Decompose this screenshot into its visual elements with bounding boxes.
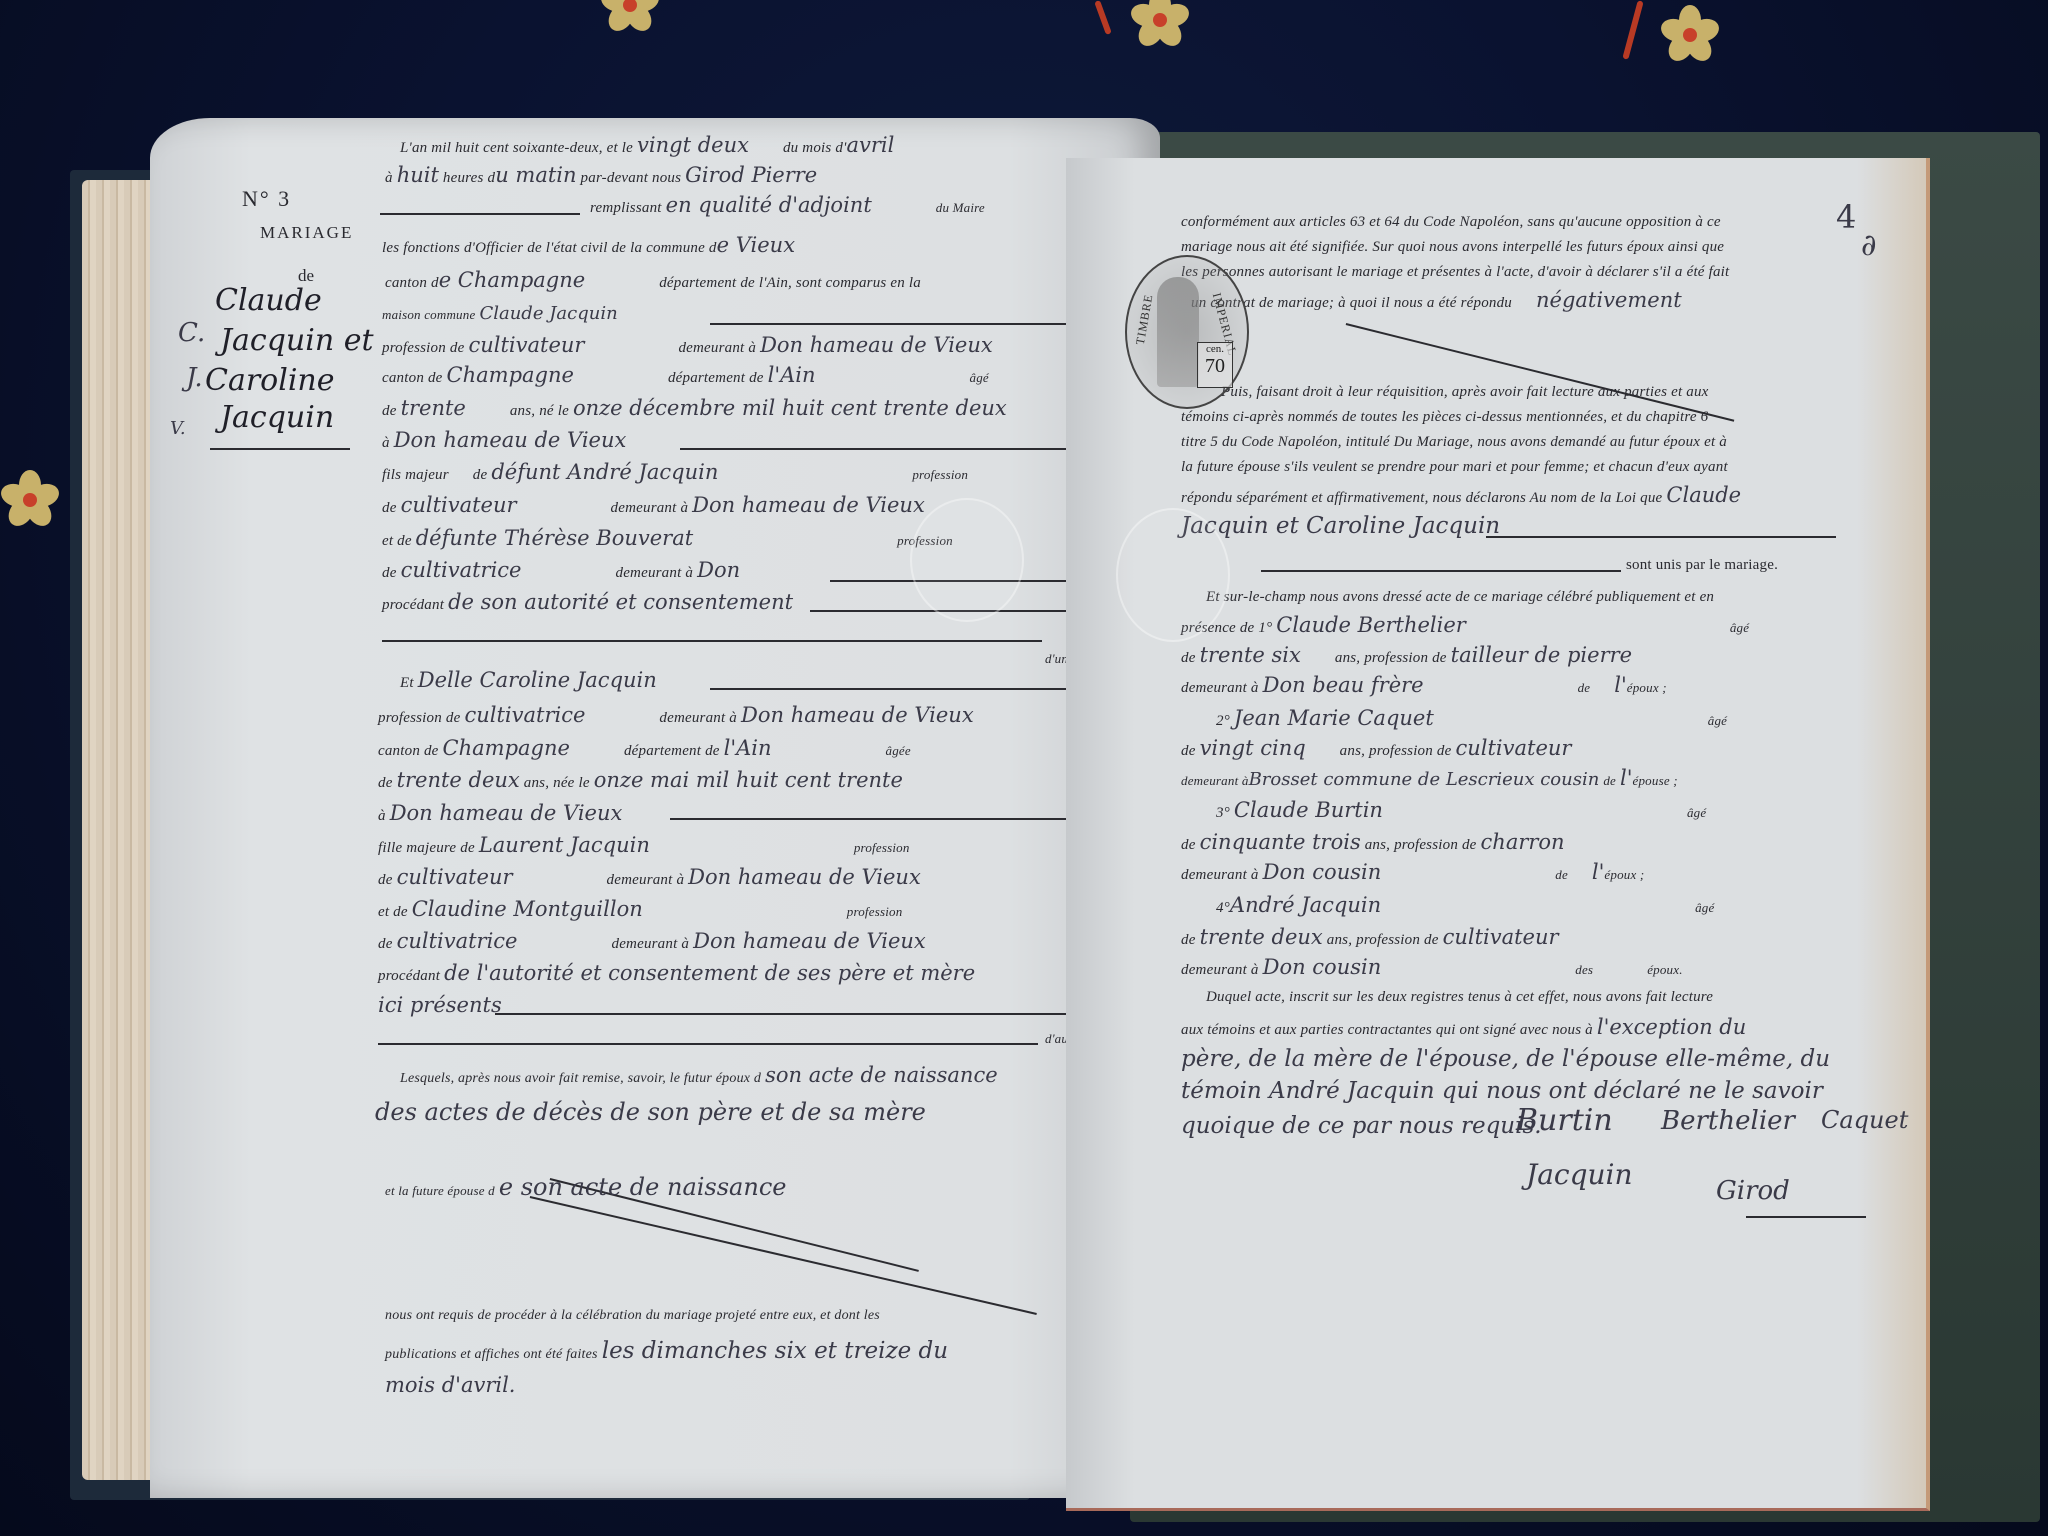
margin-name-2: Jacquin et xyxy=(220,323,374,358)
right-line-2: mariage nous ait été signifiée. Sur quoi… xyxy=(1181,238,1724,256)
record-line-27: ici présents xyxy=(378,993,502,1017)
right-line-3: les personnes autorisant le mariage et p… xyxy=(1181,263,1729,281)
record-line-13: et de défunte Thérèse Bouverat professio… xyxy=(382,526,953,550)
record-line-7: profession de cultivateur demeurant à Do… xyxy=(382,333,993,357)
record-line-29: Lesquels, après nous avoir fait remise, … xyxy=(400,1063,998,1087)
record-line-31: et la future épouse d e son acte de nais… xyxy=(385,1173,786,1201)
margin-name-1: Claude xyxy=(215,283,322,318)
entry-heading: MARIAGE xyxy=(260,223,353,243)
signature-berthelier: Berthelier xyxy=(1661,1106,1795,1136)
fill-rule xyxy=(1261,570,1621,572)
record-line-5: canton de Champagne département de l'Ain… xyxy=(385,268,921,292)
margin-name-4: Jacquin xyxy=(220,400,334,435)
fill-rule xyxy=(380,213,580,215)
record-line-18: profession de cultivatrice demeurant à D… xyxy=(378,703,974,727)
embroidered-flower xyxy=(0,470,60,530)
margin-mark: J. xyxy=(186,363,203,393)
justice-figure-icon xyxy=(1157,277,1199,387)
stamp-value: cen. 70 xyxy=(1197,342,1233,388)
right-line-17: de vingt cinq ans, profession de cultiva… xyxy=(1181,736,1571,760)
record-line-20: de trente deux ans, née le onze mai mil … xyxy=(378,768,903,792)
record-line-24: et de Claudine Montguillon profession xyxy=(378,897,902,921)
right-line-25: Duquel acte, inscrit sur les deux regist… xyxy=(1206,988,1713,1006)
embroidered-flower xyxy=(600,0,660,35)
strike-rule xyxy=(1346,323,1734,421)
embossed-seal xyxy=(1116,508,1230,642)
right-line-28: témoin André Jacquin qui nous ont déclar… xyxy=(1181,1078,1823,1104)
embroidered-stem xyxy=(1094,0,1112,35)
fill-rule xyxy=(382,640,1042,642)
right-line-7: titre 5 du Code Napoléon, intitulé Du Ma… xyxy=(1181,433,1727,451)
folio-mark: ∂ xyxy=(1861,228,1877,263)
right-line-20: de cinquante trois ans, profession de ch… xyxy=(1181,830,1565,854)
record-line-14: de cultivatrice demeurant à Don xyxy=(382,558,740,582)
stamp-text-left: TIMBRE xyxy=(1133,293,1157,346)
record-line-1: L'an mil huit cent soixante-deux, et le … xyxy=(400,133,894,157)
right-line-23: de trente deux ans, profession de cultiv… xyxy=(1181,925,1559,949)
signature-girod: Girod xyxy=(1716,1176,1790,1206)
fill-rule xyxy=(670,818,1130,820)
embossed-seal xyxy=(910,498,1024,622)
record-line-2: à huit heures du matin par-devant nous G… xyxy=(385,163,817,187)
right-line-14: de trente six ans, profession de tailleu… xyxy=(1181,643,1632,667)
right-line-12: Et sur-le-champ nous avons dressé acte d… xyxy=(1206,588,1714,606)
margin-rule xyxy=(210,448,350,450)
record-line-32: nous ont requis de procéder à la célébra… xyxy=(385,1306,880,1324)
fill-rule xyxy=(680,448,1130,450)
folio-number: 4 xyxy=(1836,198,1856,236)
record-line-15: procédant de son autorité et consentemen… xyxy=(382,590,793,614)
margin-mark: C. xyxy=(178,318,205,348)
signature-flourish xyxy=(1746,1216,1866,1218)
signature-caquet: Caquet xyxy=(1821,1106,1908,1134)
signature-burtin: Burtin xyxy=(1516,1103,1613,1138)
entry-number: N° 3 xyxy=(242,186,291,212)
record-line-25: de cultivatrice demeurant à Don hameau d… xyxy=(378,929,926,953)
right-line-21: demeurant à Don cousin de l'époux ; xyxy=(1181,860,1644,884)
imperial-tax-stamp: TIMBRE IMPERIAL cen. 70 xyxy=(1125,255,1249,409)
left-page: N° 3 MARIAGE de Claude Jacquin et Caroli… xyxy=(150,118,1160,1498)
record-line-12: de cultivateur demeurant à Don hameau de… xyxy=(382,493,925,517)
right-line-6: témoins ci-après nommés de toutes les pi… xyxy=(1181,408,1708,426)
record-line-6: maison commune Claude Jacquin xyxy=(382,303,618,324)
fill-rule xyxy=(378,1043,1038,1045)
right-line-24: demeurant à Don cousin des époux. xyxy=(1181,955,1683,979)
record-line-22: fille majeure de Laurent Jacquin profess… xyxy=(378,833,910,857)
right-line-16: 2° Jean Marie Caquet âgé xyxy=(1216,706,1727,730)
right-line-27: père, de la mère de l'épouse, de l'épous… xyxy=(1181,1046,1830,1072)
fill-rule xyxy=(495,1013,1125,1015)
right-line-15: demeurant à Don beau frère de l'époux ; xyxy=(1181,673,1667,697)
margin-name-3: Caroline xyxy=(205,363,335,398)
right-line-13: présence de 1° Claude Berthelier âgé xyxy=(1181,613,1749,637)
record-line-3: remplissant en qualité d'adjoint du Mair… xyxy=(590,193,985,217)
record-line-26: procédant de l'autorité et consentement … xyxy=(378,961,975,985)
margin-mark: V. xyxy=(170,418,186,439)
strike-rule xyxy=(530,1196,1037,1314)
record-line-4: les fonctions d'Officier de l'état civil… xyxy=(382,233,795,257)
record-line-33: publications et affiches ont été faites … xyxy=(385,1338,948,1364)
embroidered-stem xyxy=(1622,0,1643,60)
record-line-21: à Don hameau de Vieux xyxy=(378,801,622,825)
record-line-23: de cultivateur demeurant à Don hameau de… xyxy=(378,865,921,889)
right-line-19: 3° Claude Burtin âgé xyxy=(1216,798,1706,822)
record-line-30: des actes de décès de son père et de sa … xyxy=(375,1098,926,1126)
right-line-9: répondu séparément et affirmativement, n… xyxy=(1181,483,1741,507)
right-line-22: 4°André Jacquin âgé xyxy=(1216,893,1714,917)
right-line-10: Jacquin et Caroline Jacquin xyxy=(1181,513,1500,539)
record-line-19: canton de Champagne département de l'Ain… xyxy=(378,736,911,760)
right-line-11: sont unis par le mariage. xyxy=(1626,556,1778,574)
right-line-5: Puis, faisant droit à leur réquisition, … xyxy=(1221,383,1709,401)
right-line-26: aux témoins et aux parties contractantes… xyxy=(1181,1015,1746,1039)
embroidered-flower xyxy=(1660,5,1720,65)
record-line-8: canton de Champagne département de l'Ain… xyxy=(382,363,989,387)
right-line-8: la future épouse s'ils veulent se prendr… xyxy=(1181,458,1728,476)
right-line-29: quoique de ce par nous requis. xyxy=(1181,1113,1542,1139)
record-line-34: mois d'avril. xyxy=(385,1373,515,1397)
record-line-10: à Don hameau de Vieux xyxy=(382,428,626,452)
fill-rule xyxy=(1486,536,1836,538)
right-line-18: demeurant àBrosset commune de Lescrieux … xyxy=(1181,766,1678,790)
record-line-9: de trente ans, né le onze décembre mil h… xyxy=(382,396,1007,420)
signature-jacquin: Jacquin xyxy=(1526,1158,1633,1191)
right-line-4: un contrat de mariage; à quoi il nous a … xyxy=(1191,288,1682,312)
right-line-1: conformément aux articles 63 et 64 du Co… xyxy=(1181,213,1721,231)
record-line-11: fils majeur de défunt André Jacquin prof… xyxy=(382,460,968,484)
record-line-17: Et Delle Caroline Jacquin xyxy=(400,668,657,692)
embroidered-flower xyxy=(1130,0,1190,50)
